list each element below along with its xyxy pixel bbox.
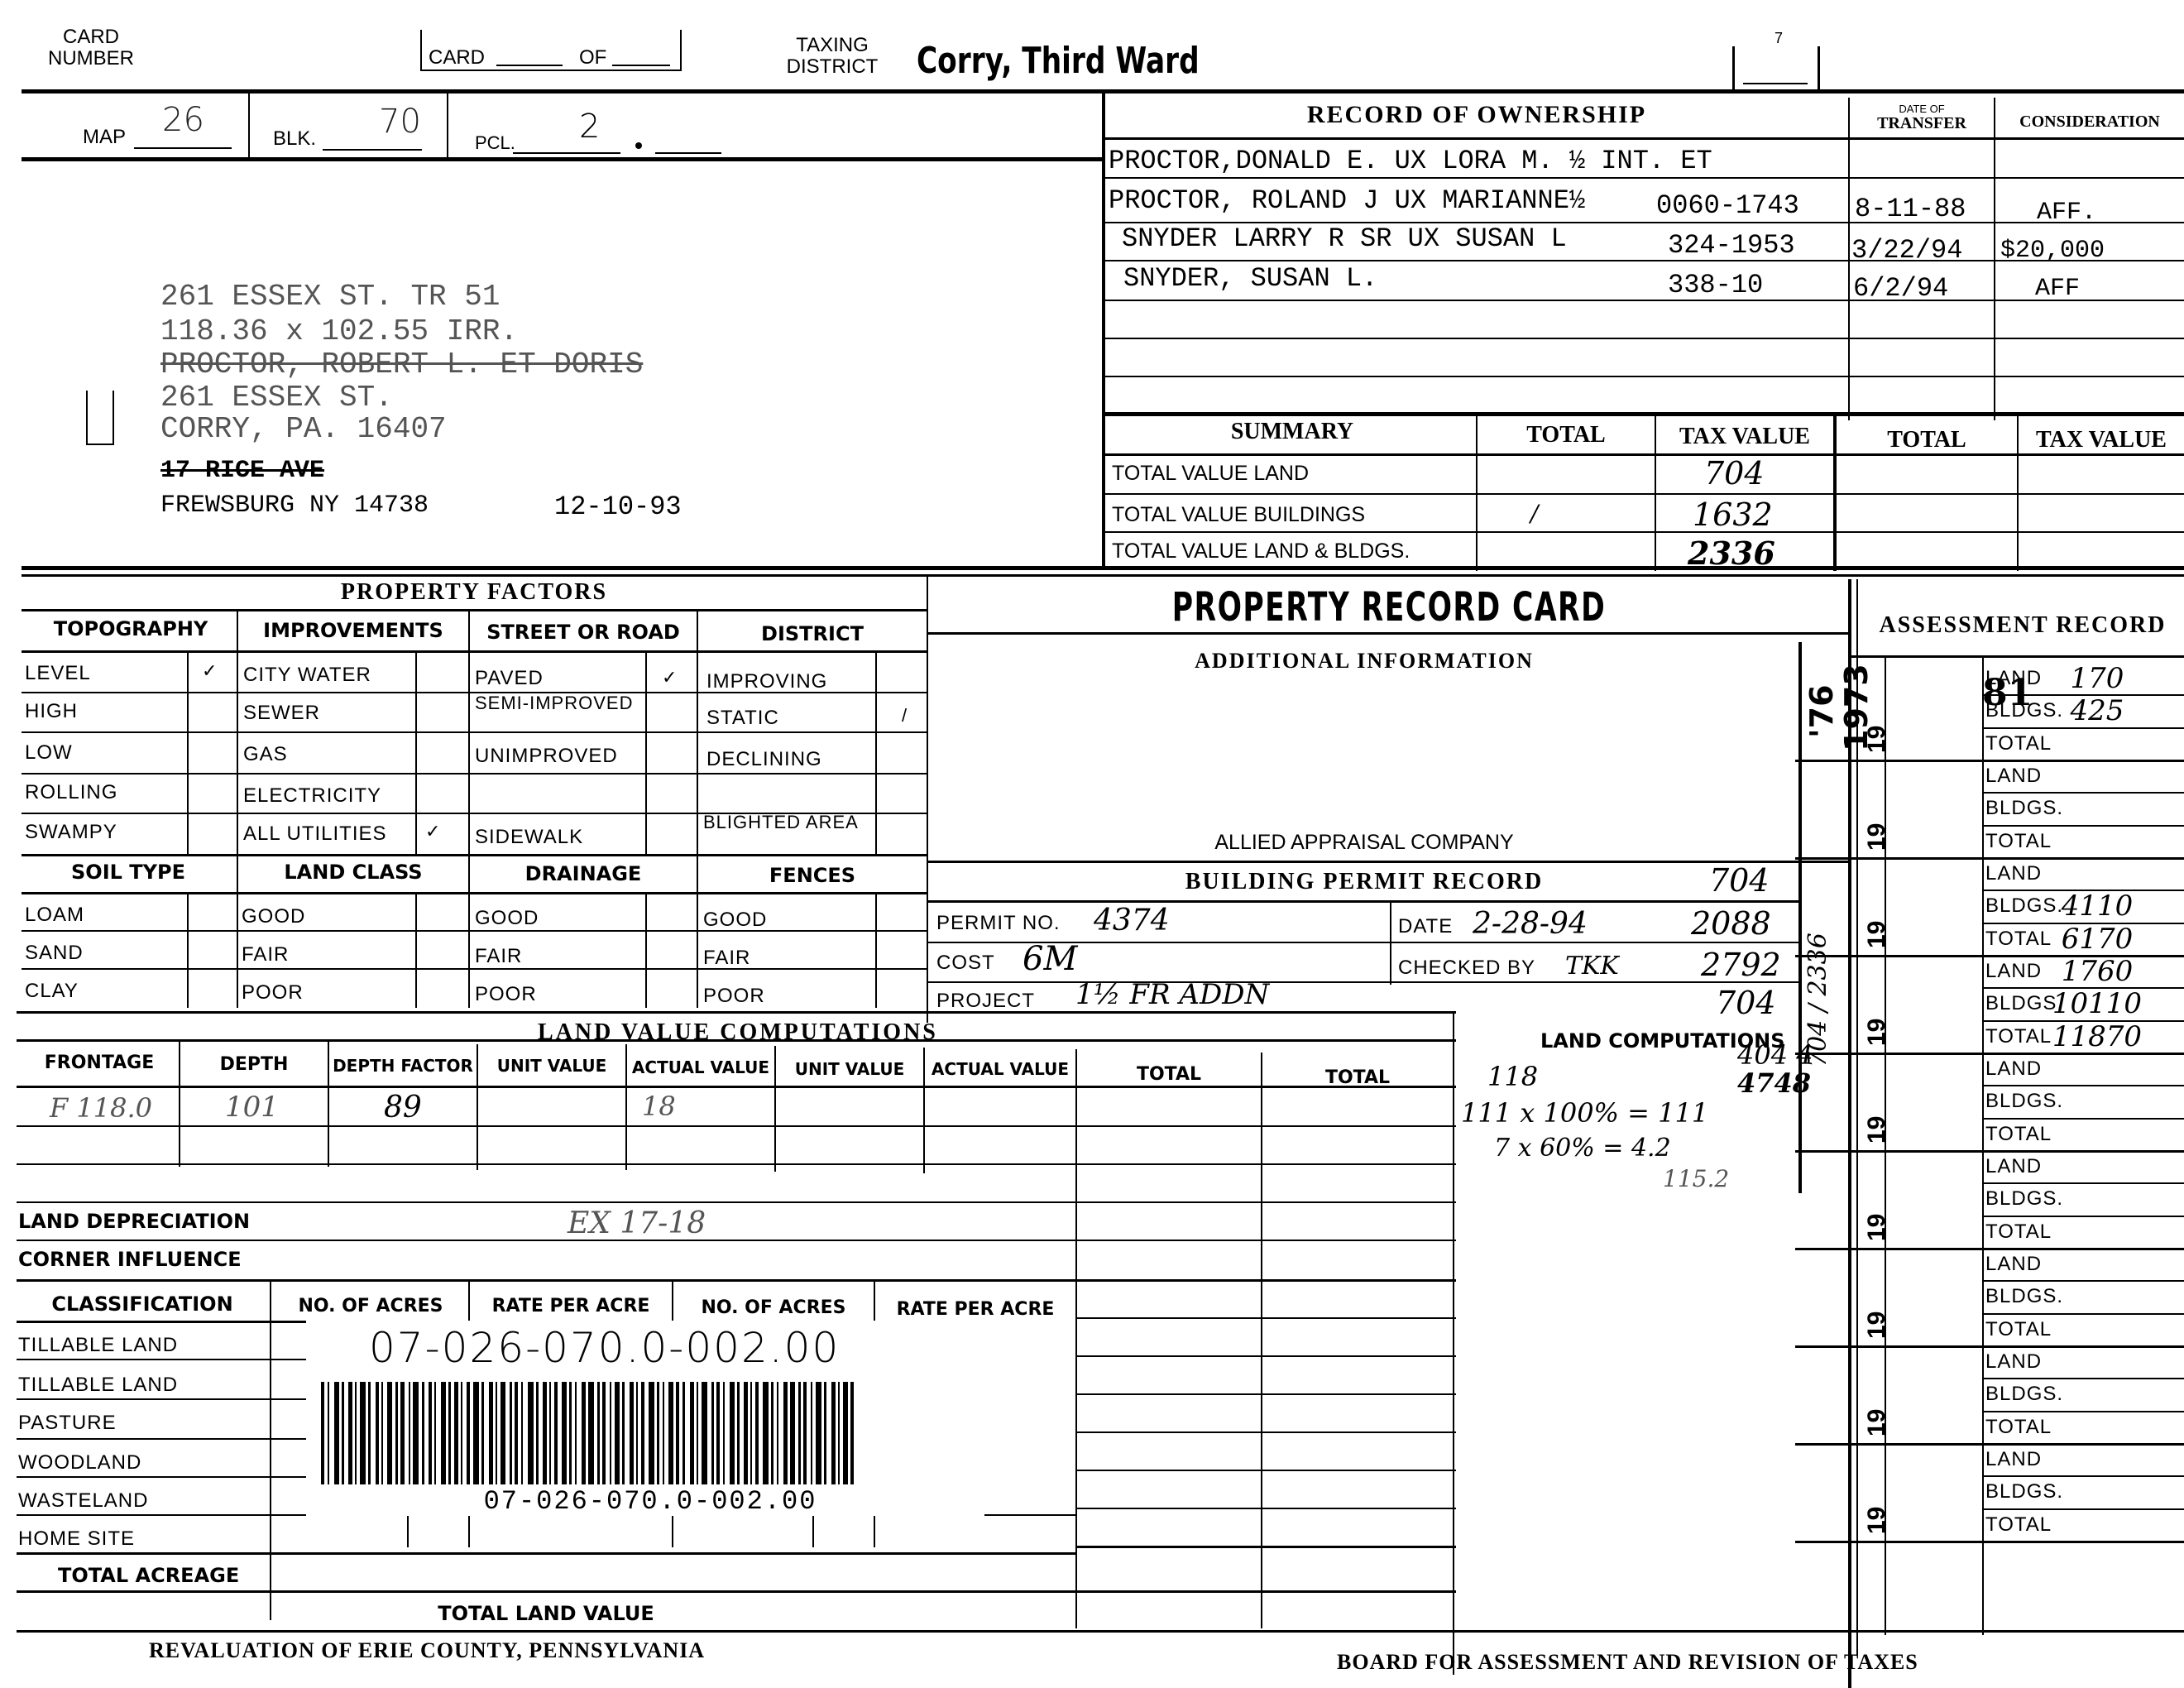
- land-comp-note-4: 115.2: [1663, 1165, 1729, 1192]
- deed-row-4: 338-10: [1668, 270, 1763, 300]
- assessment-land-label: LAND: [1985, 765, 2042, 788]
- street-paved: PAVED: [475, 667, 544, 690]
- district-header: DISTRICT: [698, 622, 927, 645]
- class-pasture: PASTURE: [18, 1412, 117, 1435]
- assessment-bldgs-label: BLDGS.: [1985, 1285, 2063, 1308]
- unit-value-header-1: UNIT VALUE: [478, 1056, 625, 1076]
- assessment-land-value: 1760: [2019, 955, 2176, 988]
- district-static-check[interactable]: /: [902, 705, 907, 727]
- district-blighted-area: BLIGHTED AREA: [703, 813, 869, 832]
- frontage-header: FRONTAGE: [18, 1053, 180, 1073]
- assessment-year-prefix: 19: [1863, 1507, 1891, 1534]
- fences-fair: FAIR: [703, 947, 750, 970]
- street-paved-check[interactable]: ✓: [662, 667, 677, 688]
- assessment-total-label: TOTAL: [1985, 1513, 2052, 1537]
- assessment-total-label: TOTAL: [1985, 732, 2052, 755]
- assessment-bldgs-label: BLDGS.: [1985, 797, 2063, 820]
- assessment-bldgs-value: 10110: [2019, 987, 2176, 1020]
- depth-factor-header: DEPTH FACTOR: [329, 1056, 477, 1076]
- summary-land-tax-value: 704: [1704, 455, 1765, 492]
- no-of-acres-header-2: NO. OF ACRES: [673, 1297, 874, 1318]
- improvements-sewer: SEWER: [243, 702, 320, 725]
- address-line-1: 261 ESSEX ST. TR 51: [160, 280, 500, 314]
- street-or-road-header: STREET OR ROAD: [470, 621, 697, 644]
- assessment-bldgs-value: 4110: [2019, 890, 2176, 923]
- summary-title: SUMMARY: [1109, 419, 1476, 445]
- consideration-label: CONSIDERATION: [1995, 113, 2184, 132]
- footer-right: BOARD FOR ASSESSMENT AND REVISION OF TAX…: [1337, 1650, 1918, 1675]
- improvements-all-utilities: ALL UTILITIES: [243, 822, 387, 846]
- depth-header: DEPTH: [180, 1054, 328, 1075]
- topography-rolling: ROLLING: [25, 781, 117, 804]
- handwritten-parcel-id: 07-026-070.0-002.00: [369, 1324, 840, 1372]
- taxing-district-value: Corry, Third Ward: [917, 40, 1200, 82]
- assessment-total-label: TOTAL: [1985, 1416, 2052, 1439]
- address-line-3-struck: PROCTOR, ROBERT L. ET DORIS: [160, 348, 643, 381]
- permit-no-label: PERMIT NO.: [936, 912, 1061, 935]
- owner-row-2: PROCTOR, ROLAND J UX MARIANNE½: [1109, 185, 1585, 216]
- drainage-header: DRAINAGE: [470, 862, 697, 885]
- rate-per-acre-header-2: RATE PER ACRE: [875, 1299, 1075, 1320]
- no-of-acres-header-1: NO. OF ACRES: [273, 1296, 468, 1316]
- land-comp-side-1: 404 4: [1737, 1039, 1813, 1071]
- assessment-year-prefix: 19: [1863, 1409, 1891, 1436]
- classification-header: CLASSIFICATION: [18, 1292, 266, 1316]
- topography-level-check[interactable]: ✓: [202, 660, 217, 682]
- assessment-year-prefix: 19: [1863, 1312, 1891, 1339]
- depth-value: 101: [225, 1091, 279, 1124]
- permit-date-value: 2-28-94: [1473, 907, 1588, 941]
- improvements-electricity: ELECTRICITY: [243, 784, 381, 808]
- barcode-text: 07-026-070.0-002.00: [321, 1486, 979, 1517]
- summary-tax-value-header-2: TAX VALUE: [2019, 427, 2184, 453]
- class-tillable-land-2: TILLABLE LAND: [18, 1374, 178, 1397]
- corner-box: 7: [1732, 46, 1820, 94]
- improvements-all-utilities-check[interactable]: ✓: [425, 821, 440, 842]
- assessment-land-label: LAND: [1985, 862, 2042, 885]
- land-class-header: LAND CLASS: [238, 861, 468, 884]
- land-class-poor: POOR: [242, 981, 304, 1005]
- address-date: 12-10-93: [554, 492, 682, 522]
- class-tillable-land-1: TILLABLE LAND: [18, 1334, 178, 1357]
- street-sidewalk: SIDEWALK: [475, 826, 583, 849]
- assessment-land-label: LAND: [1985, 1350, 2042, 1374]
- improvements-city-water: CITY WATER: [243, 664, 371, 687]
- assessment-land-label: LAND: [1985, 1155, 2042, 1178]
- assessment-total-value: 11870: [2019, 1020, 2176, 1053]
- summary-tax-value-header: TAX VALUE: [1656, 424, 1833, 450]
- land-comp-note-3: 7 x 60% = 4.2: [1494, 1134, 1671, 1163]
- building-permit-title: BUILDING PERMIT RECORD: [930, 869, 1798, 895]
- assessment-total-label: TOTAL: [1985, 1123, 2052, 1146]
- permit-margin-3: 2792: [1701, 947, 1781, 983]
- property-factors-title: PROPERTY FACTORS: [22, 579, 927, 606]
- assessment-total-label: TOTAL: [1985, 830, 2052, 853]
- card-number-label: CARD NUMBER: [33, 26, 149, 70]
- district-improving: IMPROVING: [706, 670, 827, 693]
- total-header-1: TOTAL: [1077, 1064, 1261, 1085]
- assessment-land-value: 170: [2019, 662, 2176, 695]
- property-record-card-title: PROPERTY RECORD CARD: [1058, 584, 1719, 631]
- improvements-header: IMPROVEMENTS: [238, 619, 468, 642]
- deed-row-3: 324-1953: [1668, 230, 1795, 261]
- class-wasteland: WASTELAND: [18, 1489, 148, 1513]
- consideration-row-4: AFF: [2035, 275, 2080, 303]
- old-address-1: 17 RICE AVE: [160, 457, 324, 485]
- assessment-year-prefix: 19: [1863, 823, 1891, 851]
- address-line-2: 118.36 x 102.55 IRR.: [160, 314, 518, 348]
- bracket-mark: [86, 391, 114, 445]
- assessment-total-label: TOTAL: [1985, 1318, 2052, 1341]
- additional-information-label: ADDITIONAL INFORMATION: [930, 649, 1798, 674]
- footer-left: REVALUATION OF ERIE COUNTY, PENNSYLVANIA: [149, 1638, 705, 1663]
- fences-good: GOOD: [703, 909, 767, 932]
- assessment-record-title: ASSESSMENT RECORD: [1861, 612, 2184, 639]
- date-of-label: DATE OF: [1850, 103, 1994, 115]
- blk-label: BLK.: [273, 127, 316, 151]
- rate-per-acre-header-1: RATE PER ACRE: [470, 1296, 672, 1316]
- land-comp-side-2: 4748: [1737, 1067, 1811, 1099]
- deed-row-2: 0060-1743: [1656, 190, 1799, 221]
- soil-type-header: SOIL TYPE: [23, 861, 233, 884]
- land-class-good: GOOD: [242, 905, 305, 928]
- land-depreciation-label: LAND DEPRECIATION: [18, 1210, 250, 1233]
- summary-row-land-bldgs: TOTAL VALUE LAND & BLDGS.: [1112, 539, 1410, 563]
- assessment-year-prefix: 19: [1863, 1116, 1891, 1144]
- land-comp-note-2: 111 x 100% = 111: [1461, 1097, 1708, 1129]
- topography-level: LEVEL: [25, 662, 91, 685]
- drainage-fair: FAIR: [475, 945, 522, 968]
- address-line-4: 261 ESSEX ST.: [160, 381, 393, 415]
- summary-buildings-total: /: [1530, 500, 1538, 527]
- old-address-2: FREWSBURG NY 14738: [160, 492, 429, 520]
- permit-margin-2: 2088: [1691, 905, 1771, 942]
- pcl-value: 2: [579, 108, 600, 146]
- card-label: CARD: [429, 46, 485, 70]
- soil-sand: SAND: [25, 942, 84, 965]
- assessment-side-note: 704 / 2336: [1803, 933, 1832, 1067]
- allied-appraisal-company: ALLIED APPRAISAL COMPANY: [930, 831, 1798, 855]
- owner-row-1: PROCTOR,DONALD E. UX LORA M. ½ INT. ET: [1109, 146, 1712, 176]
- assessment-land-label: LAND: [1985, 1253, 2042, 1276]
- summary-total-header-2: TOTAL: [1837, 427, 2017, 453]
- taxing-district-label: TAXING DISTRICT: [774, 35, 890, 78]
- permit-margin-1: 704: [1709, 862, 1770, 899]
- assessment-total-label: TOTAL: [1985, 1220, 2052, 1244]
- checked-by-value: TKK: [1565, 952, 1619, 981]
- date-row-2: 8-11-88: [1855, 194, 1966, 224]
- actual-value-1: 18: [642, 1091, 676, 1122]
- actual-value-header-2: ACTUAL VALUE: [925, 1059, 1075, 1079]
- street-unimproved: UNIMPROVED: [475, 745, 618, 768]
- total-land-value-label: TOTAL LAND VALUE: [17, 1602, 1075, 1625]
- improvements-gas: GAS: [243, 743, 288, 766]
- unit-value-header-2: UNIT VALUE: [776, 1059, 923, 1079]
- district-static: STATIC: [706, 707, 779, 730]
- assessment-bldgs-label: BLDGS.: [1985, 1187, 2063, 1211]
- fences-poor: POOR: [703, 985, 765, 1008]
- assessment-year-prefix: 19: [1863, 1019, 1891, 1046]
- owner-row-4: SNYDER, SUSAN L.: [1123, 263, 1377, 294]
- total-acreage-label: TOTAL ACREAGE: [58, 1564, 239, 1587]
- drainage-poor: POOR: [475, 983, 537, 1006]
- map-value: 26: [162, 101, 204, 139]
- permit-cost-value: 6M: [1023, 940, 1077, 978]
- soil-clay: CLAY: [25, 980, 79, 1003]
- land-comp-note-1: 118: [1487, 1061, 1538, 1092]
- assessment-year-prefix: 19: [1863, 1214, 1891, 1241]
- ownership-title: RECORD OF OWNERSHIP: [1109, 101, 1845, 129]
- assessment-bldgs-label: BLDGS.: [1985, 1480, 2063, 1503]
- assessment-year-stamp-1: 1973: [1838, 664, 1875, 751]
- summary-row-buildings: TOTAL VALUE BUILDINGS: [1112, 503, 1365, 527]
- assessment-year-stamp-76: '76: [1803, 684, 1840, 738]
- summary-row-land: TOTAL VALUE LAND: [1112, 462, 1309, 486]
- district-declining: DECLINING: [706, 748, 822, 771]
- transfer-label: TRANSFER: [1850, 114, 1994, 133]
- permit-no-value: 4374: [1094, 904, 1170, 938]
- drainage-good: GOOD: [475, 907, 539, 930]
- assessment-year-stamp-81: 81: [1982, 672, 2033, 714]
- assessment-land-label: LAND: [1985, 1057, 2042, 1081]
- soil-loam: LOAM: [25, 904, 84, 927]
- assessment-total-value: 6170: [2019, 923, 2176, 956]
- topography-header: TOPOGRAPHY: [25, 617, 237, 640]
- land-value-title: LAND VALUE COMPUTATIONS: [538, 1019, 938, 1046]
- land-depreciation-value: EX 17-18: [568, 1206, 706, 1240]
- blk-value: 70: [379, 103, 421, 141]
- permit-margin-4: 704: [1716, 985, 1776, 1021]
- land-class-fair: FAIR: [242, 943, 289, 966]
- summary-total-header: TOTAL: [1478, 422, 1655, 448]
- permit-project-label: PROJECT: [936, 990, 1035, 1013]
- permit-project-value: 1½ FR ADDN: [1075, 978, 1269, 1011]
- topography-high: HIGH: [25, 700, 78, 723]
- street-semi-improved: SEMI-IMPROVED: [475, 693, 649, 713]
- address-line-5: CORRY, PA. 16407: [160, 412, 447, 446]
- map-label: MAP: [83, 126, 126, 149]
- permit-date-label: DATE: [1398, 915, 1453, 938]
- assessment-bldgs-label: BLDGS.: [1985, 1383, 2063, 1406]
- fences-header: FENCES: [698, 864, 927, 887]
- frontage-value: F 118.0: [50, 1092, 152, 1124]
- corner-mark: 7: [1774, 30, 1783, 47]
- depth-factor-value: 89: [384, 1091, 422, 1125]
- topography-swampy: SWAMPY: [25, 821, 117, 844]
- class-home-site: HOME SITE: [18, 1527, 135, 1551]
- topography-low: LOW: [25, 741, 73, 765]
- card-of-box: CARD OF: [420, 30, 682, 71]
- corner-influence-label: CORNER INFLUENCE: [18, 1248, 242, 1271]
- summary-buildings-tax-value: 1632: [1693, 496, 1773, 533]
- pcl-label: PCL.: [475, 132, 515, 154]
- permit-cost-label: COST: [936, 952, 995, 975]
- assessment-land-label: LAND: [1985, 1448, 2042, 1471]
- actual-value-header-1: ACTUAL VALUE: [627, 1057, 774, 1077]
- of-label: OF: [579, 46, 606, 70]
- checked-by-label: CHECKED BY: [1398, 957, 1535, 980]
- class-woodland: WOODLAND: [18, 1451, 141, 1475]
- assessment-year-prefix: 19: [1863, 921, 1891, 948]
- parcel-barcode: [321, 1382, 979, 1484]
- assessment-bldgs-value: 425: [2019, 694, 2176, 727]
- owner-row-3: SNYDER LARRY R SR UX SUSAN L: [1122, 223, 1567, 254]
- assessment-bldgs-label: BLDGS.: [1985, 1090, 2063, 1113]
